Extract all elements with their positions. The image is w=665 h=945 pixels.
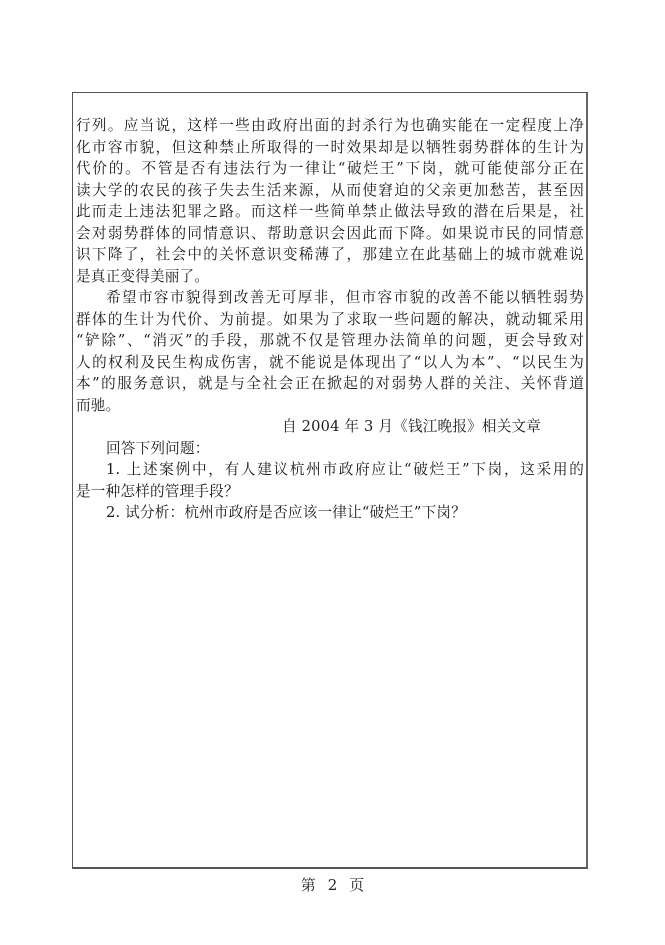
text-line: “铲除”、“消灭”的手段，那就不仅是管理办法简单的问题，更会导致对 [76, 330, 584, 352]
page-prefix: 第 [301, 876, 316, 894]
text-line: 化市容市貌，但这种禁止所取得的一时效果却是以牺牲弱势群体的生计为 [76, 137, 584, 159]
paragraph-2: 希望市容市貌得到改善无可厚非，但市容市貌的改善不能以牺牲弱势 群体的生计为代价、… [76, 287, 584, 416]
text-line: 识下降了，社会中的关怀意识变稀薄了，那建立在此基础上的城市就难说 [76, 244, 584, 266]
text-line: 代价的。不管是否有违法行为一律让“破烂王”下岗，就可能使部分正在 [76, 158, 584, 180]
page-number: 2 [328, 876, 338, 894]
text-line: 而驰。 [76, 395, 584, 417]
text-line: 是真正变得美丽了。 [76, 266, 584, 288]
questions-intro: 回答下列问题： [76, 438, 584, 460]
text-line: 会对弱势群体的同情意识、帮助意识会因此而下降。如果说市民的同情意 [76, 223, 584, 245]
text-line: 此而走上违法犯罪之路。而这样一些简单禁止做法导致的潜在后果是，社 [76, 201, 584, 223]
question-1: 1. 上述案例中，有人建议杭州市政府应让“破烂王”下岗，这采用的 是一种怎样的管… [76, 459, 584, 502]
question-2: 2. 试分析：杭州市政府是否应该一律让“破烂王”下岗？ [76, 502, 584, 524]
document-body: 行列。应当说，这样一些由政府出面的封杀行为也确实能在一定程度上净 化市容市貌，但… [76, 115, 584, 524]
text-line: 人的权利及民生构成伤害，就不能说是体现出了“以人为本”、“以民生为 [76, 352, 584, 374]
text-line: 希望市容市貌得到改善无可厚非，但市容市貌的改善不能以牺牲弱势 [76, 287, 584, 309]
text-line: 本”的服务意识，就是与全社会正在掀起的对弱势人群的关注、关怀背道 [76, 373, 584, 395]
text-line: 行列。应当说，这样一些由政府出面的封杀行为也确实能在一定程度上净 [76, 115, 584, 137]
page-footer: 第2页 [0, 874, 665, 895]
text-line: 群体的生计为代价、为前提。如果为了求取一些问题的解决，就动辄采用 [76, 309, 584, 331]
text-line: 1. 上述案例中，有人建议杭州市政府应让“破烂王”下岗，这采用的 [76, 459, 584, 481]
text-line: 是一种怎样的管理手段？ [76, 481, 584, 503]
source-citation: 自 2004 年 3 月《钱江晚报》相关文章 [76, 416, 584, 438]
text-line: 读大学的农民的孩子失去生活来源，从而使窘迫的父亲更加愁苦，甚至因 [76, 180, 584, 202]
page-suffix: 页 [349, 876, 364, 894]
answer-box-frame: 行列。应当说，这样一些由政府出面的封杀行为也确实能在一定程度上净 化市容市貌，但… [72, 92, 588, 869]
paragraph-1: 行列。应当说，这样一些由政府出面的封杀行为也确实能在一定程度上净 化市容市貌，但… [76, 115, 584, 287]
